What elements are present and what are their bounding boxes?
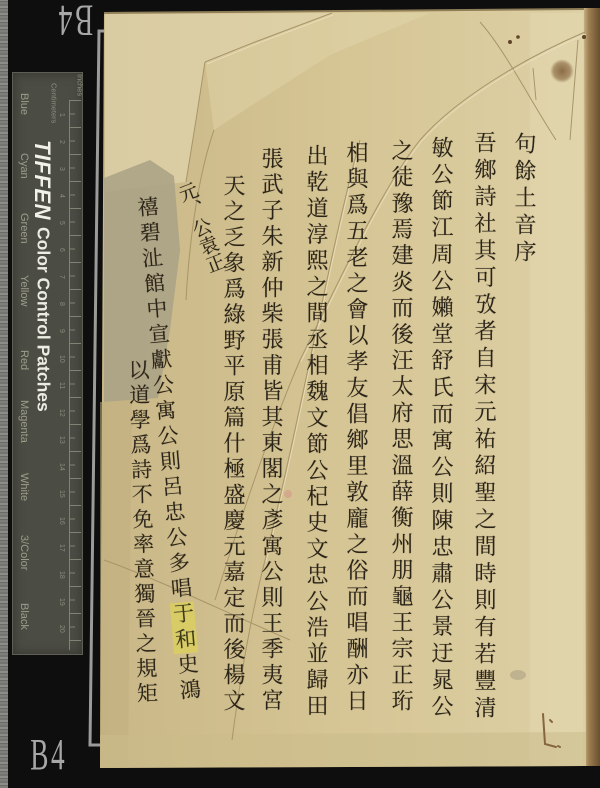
stain-dot (516, 35, 520, 39)
lower-left-shade (100, 400, 132, 768)
manuscript-title: 句餘土音序 (512, 132, 534, 267)
text-column: 張武子朱新仲柴張甫皆其東閣之彥寓公則王季夷宮 (259, 147, 281, 715)
document-scan: B4 B4 Blue Cyan Green Yellow Red Magenta… (0, 0, 600, 788)
text-column: 相與爲五老之會以孝友倡鄉里敦龐之俗而唱酬亦日 (344, 141, 366, 715)
text-column: 之徒豫焉建炎而後汪太府思溫薛衡州朋龜王宗正珩 (389, 139, 411, 715)
highlighted-text: 于和 (170, 601, 198, 654)
text-column: 吾鄉詩社其可攷者自宋元祐紹聖之間時則有若豐清 (472, 131, 494, 723)
red-smudge (284, 490, 292, 498)
text-column: 敏公節江周公嬾堂舒氏而寓公則陳忠肅公景迂晁公 (429, 136, 451, 721)
bottom-band (100, 732, 586, 768)
paper-layer (0, 0, 600, 788)
stain-dot (508, 40, 512, 44)
text-column: 天之乏象爲綠野平原篇什極盛慶元嘉定而後楊文 (221, 174, 243, 715)
text-segment: 史鴻 (174, 652, 202, 705)
paper-right-margin (530, 13, 583, 765)
faint-stamp (510, 670, 526, 680)
brown-stain (550, 59, 574, 83)
stain-dot (582, 35, 586, 39)
text-column: 出乾道淳熙之間丞相魏文節公杞史文忠公浩並歸田 (304, 144, 326, 720)
